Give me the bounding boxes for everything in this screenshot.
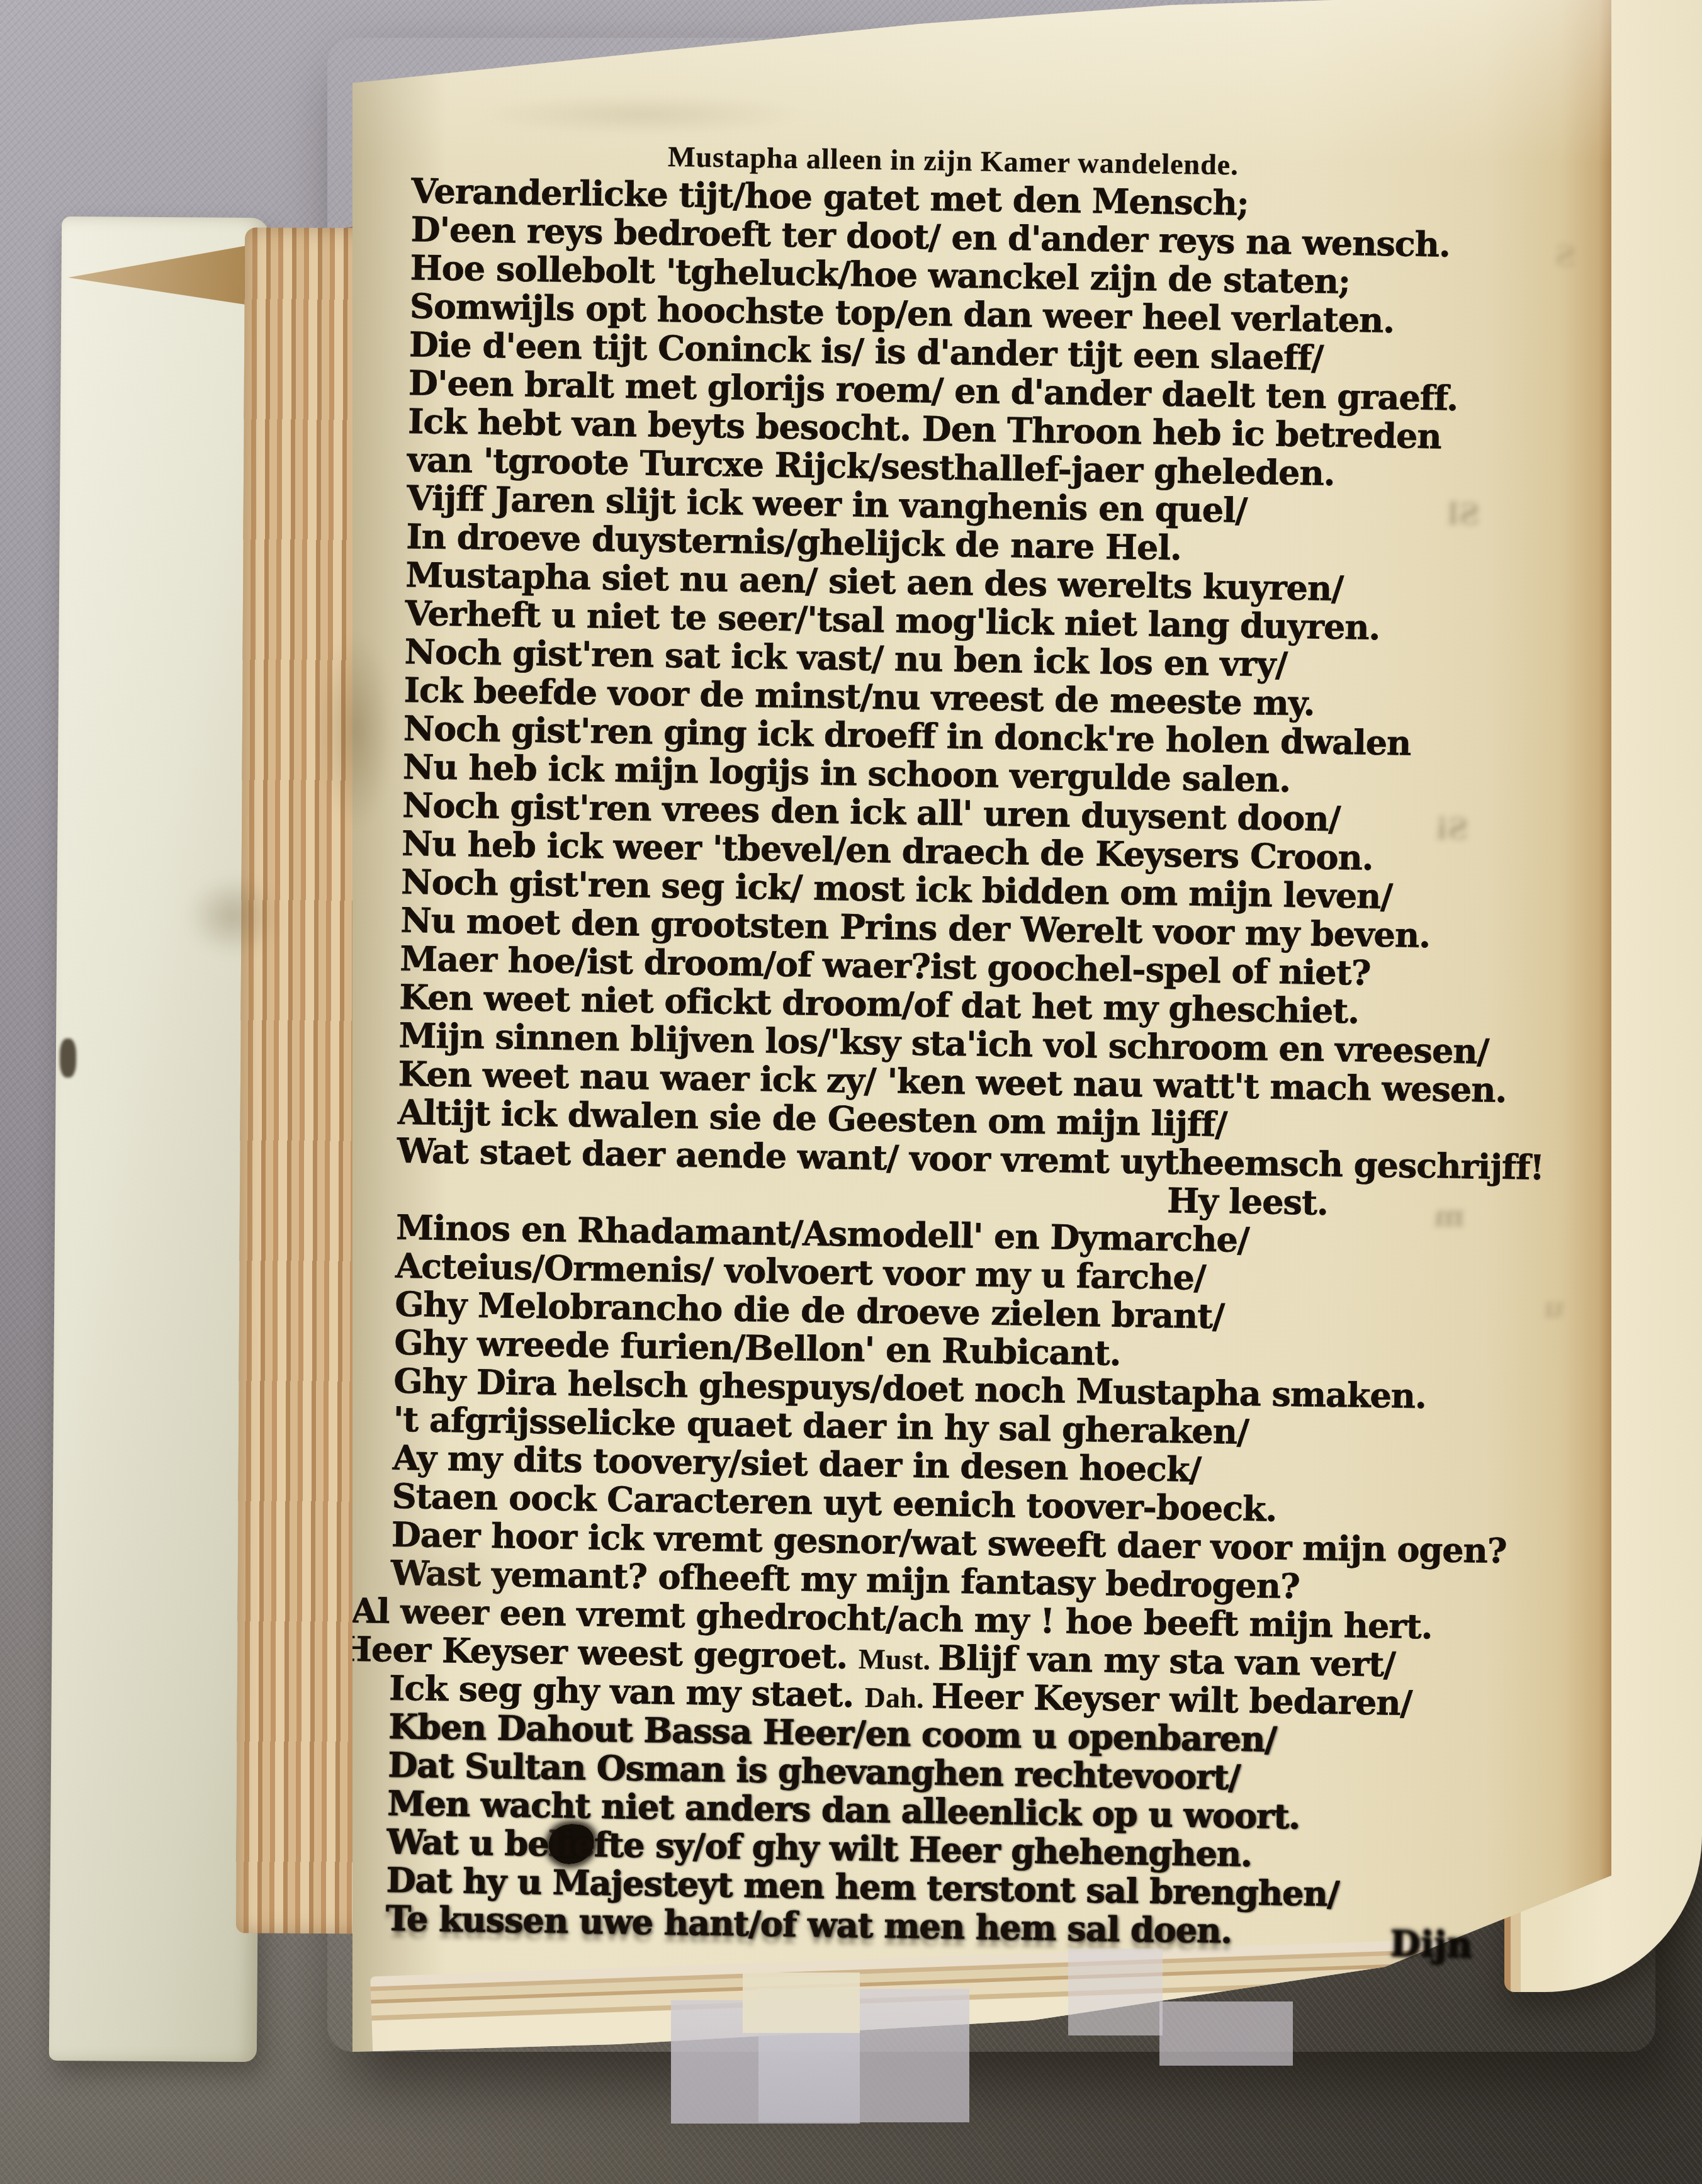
- book-page: Mustapha alleen in zijn Kamer wandelende…: [352, 0, 1611, 2055]
- book-photo: Mustapha alleen in zijn Kamer wandelende…: [0, 0, 1702, 2184]
- catchword: Dijn: [1389, 1923, 1472, 1966]
- printed-text-block: Mustapha alleen in zijn Kamer wandelende…: [385, 133, 1494, 1954]
